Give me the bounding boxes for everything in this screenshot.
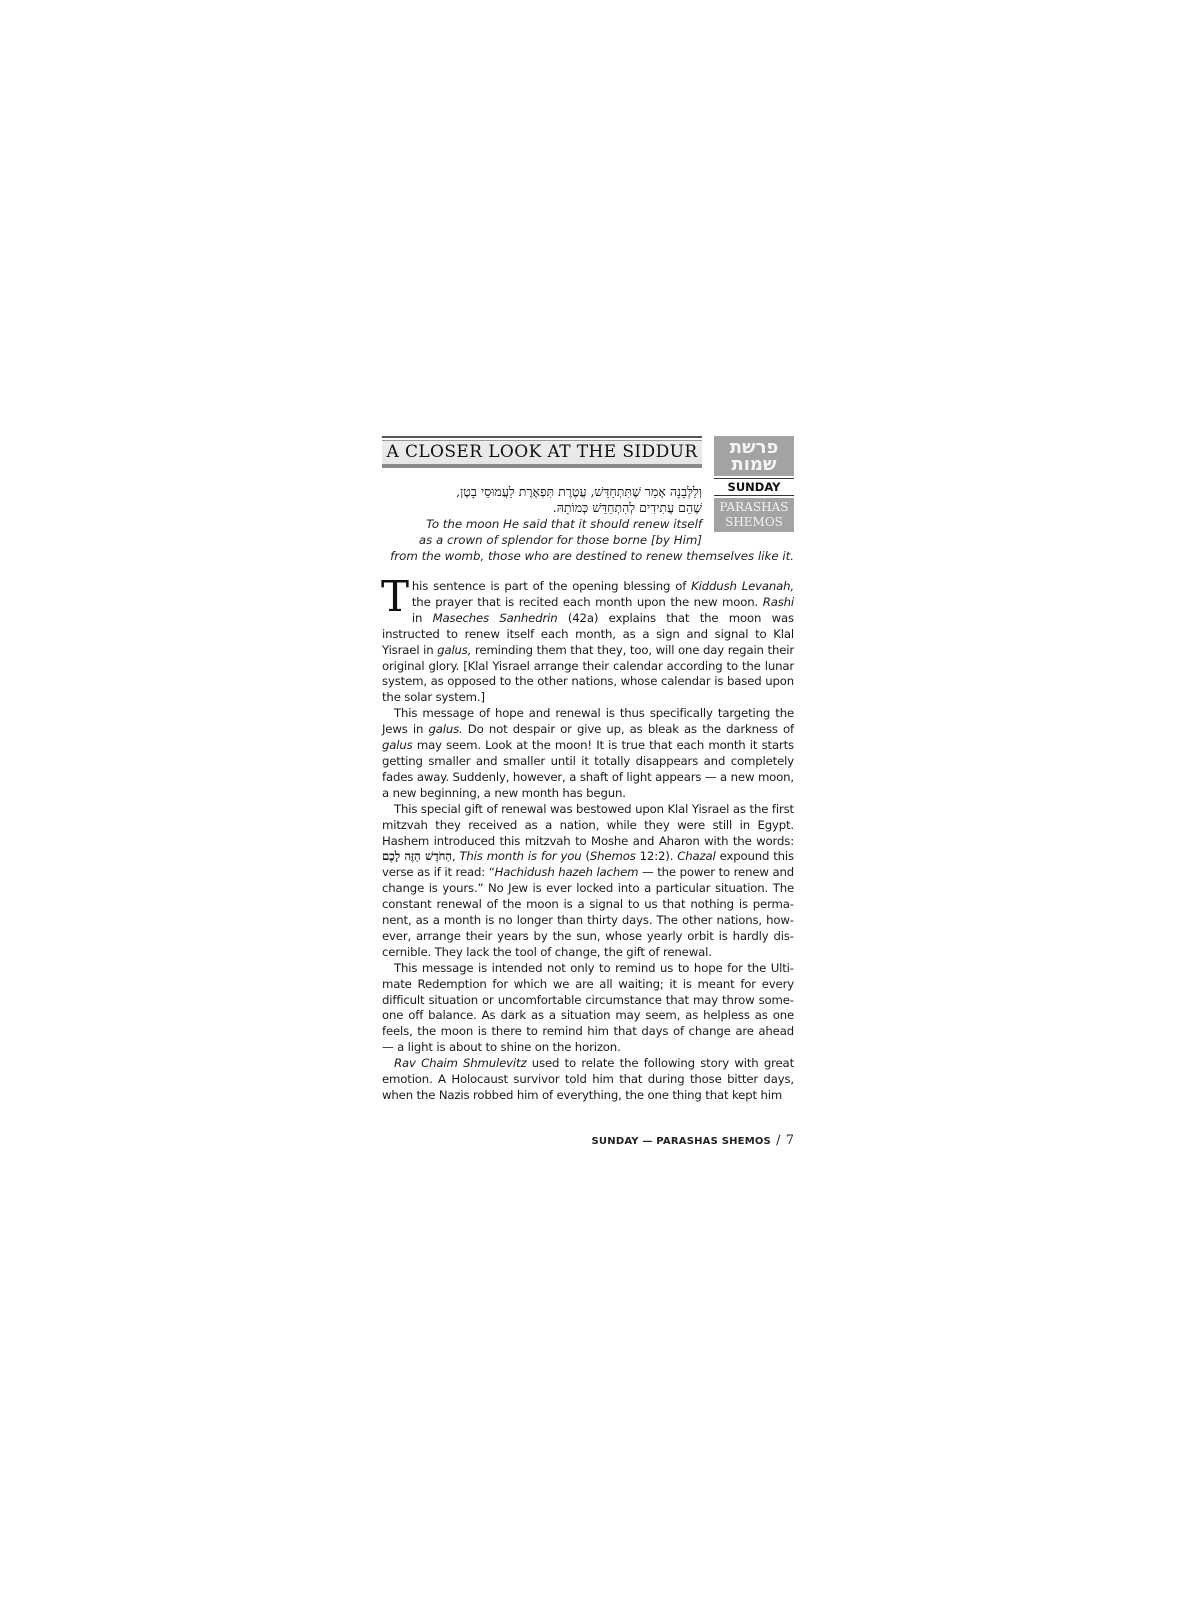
term-galus: galus <box>382 738 413 752</box>
page-number: 7 <box>786 1133 794 1148</box>
paragraph-3: This special gift of renewal was bestowe… <box>382 802 794 961</box>
text: ( <box>582 849 590 863</box>
footer-separator: / <box>776 1133 780 1148</box>
section-title-banner: A CLOSER LOOK AT THE SIDDUR <box>382 436 702 468</box>
hebrew-shemos: שמות <box>714 456 794 473</box>
text: This special gift of renewal was bestowe… <box>382 802 794 848</box>
hebrew-quote-line2: שֶׁהֵם עֲתִידִים לְהִתְחַדֵּשׁ כְּמוֹתָה… <box>382 500 794 516</box>
parasha-hebrew-label: פרשת שמות <box>714 436 794 478</box>
english-quote-line1: To the moon He said that it should renew… <box>382 516 794 532</box>
english-quote-line3: from the womb, those who are destined to… <box>382 548 794 564</box>
text: This message is intended not only to rem… <box>382 961 794 1055</box>
term-galus: galus. <box>428 722 462 736</box>
running-footer: SUNDAY — PARASHAS SHEMOS <box>592 1136 771 1147</box>
text: may seem. Look at the moon! It is true t… <box>382 738 794 800</box>
term-chazal: Chazal <box>677 849 715 863</box>
page-header: A CLOSER LOOK AT THE SIDDUR פרשת שמות SU… <box>382 436 794 534</box>
text: 12:2). <box>636 849 678 863</box>
term-shemos: Shemos <box>590 849 636 863</box>
term-rav-chaim-shmulevitz: Rav Chaim Shmulevitz <box>394 1056 526 1070</box>
verse-translation: This month is for you <box>459 849 581 863</box>
opening-quote: וְלַלְּבָנָה אָמַר שֶׁתִּתְחַדֵּשׁ, עֲטֶ… <box>382 484 794 564</box>
body-text: This sentence is part of the opening ble… <box>382 579 794 1104</box>
term-kiddush-levanah: Kiddush Levanah, <box>691 579 794 593</box>
hebrew-verse: הַחֹדֶשׁ הַזֶּה לָכֶם <box>382 849 452 863</box>
book-page: A CLOSER LOOK AT THE SIDDUR פרשת שמות SU… <box>382 436 794 534</box>
paragraph-5: Rav Chaim Shmulevitz used to relate the … <box>382 1056 794 1104</box>
drop-cap: T <box>381 580 409 614</box>
term-galus: galus, <box>437 643 471 657</box>
term-hachidush: Hachidush hazeh lachem <box>495 865 639 879</box>
text: — the power to renew and change is yours… <box>382 865 794 959</box>
text: in <box>412 611 433 625</box>
text: Do not despair or give up, as bleak as t… <box>463 722 794 736</box>
hebrew-quote-line1: וְלַלְּבָנָה אָמַר שֶׁתִּתְחַדֵּשׁ, עֲטֶ… <box>382 484 794 500</box>
page-footer: SUNDAY — PARASHAS SHEMOS / 7 <box>382 1133 794 1148</box>
paragraph-1: This sentence is part of the opening ble… <box>382 579 794 706</box>
paragraph-2: This message of hope and renewal is thus… <box>382 706 794 801</box>
term-maseches-sanhedrin: Maseches Sanhedrin <box>433 611 558 625</box>
english-quote-line2: as a crown of splendor for those borne [… <box>382 532 794 548</box>
text: the prayer that is recited each month up… <box>412 595 763 609</box>
term-rashi: Rashi <box>763 595 794 609</box>
paragraph-4: This message is intended not only to rem… <box>382 961 794 1056</box>
section-title: A CLOSER LOOK AT THE SIDDUR <box>386 442 697 462</box>
text: his sentence is part of the opening bles… <box>412 579 691 593</box>
